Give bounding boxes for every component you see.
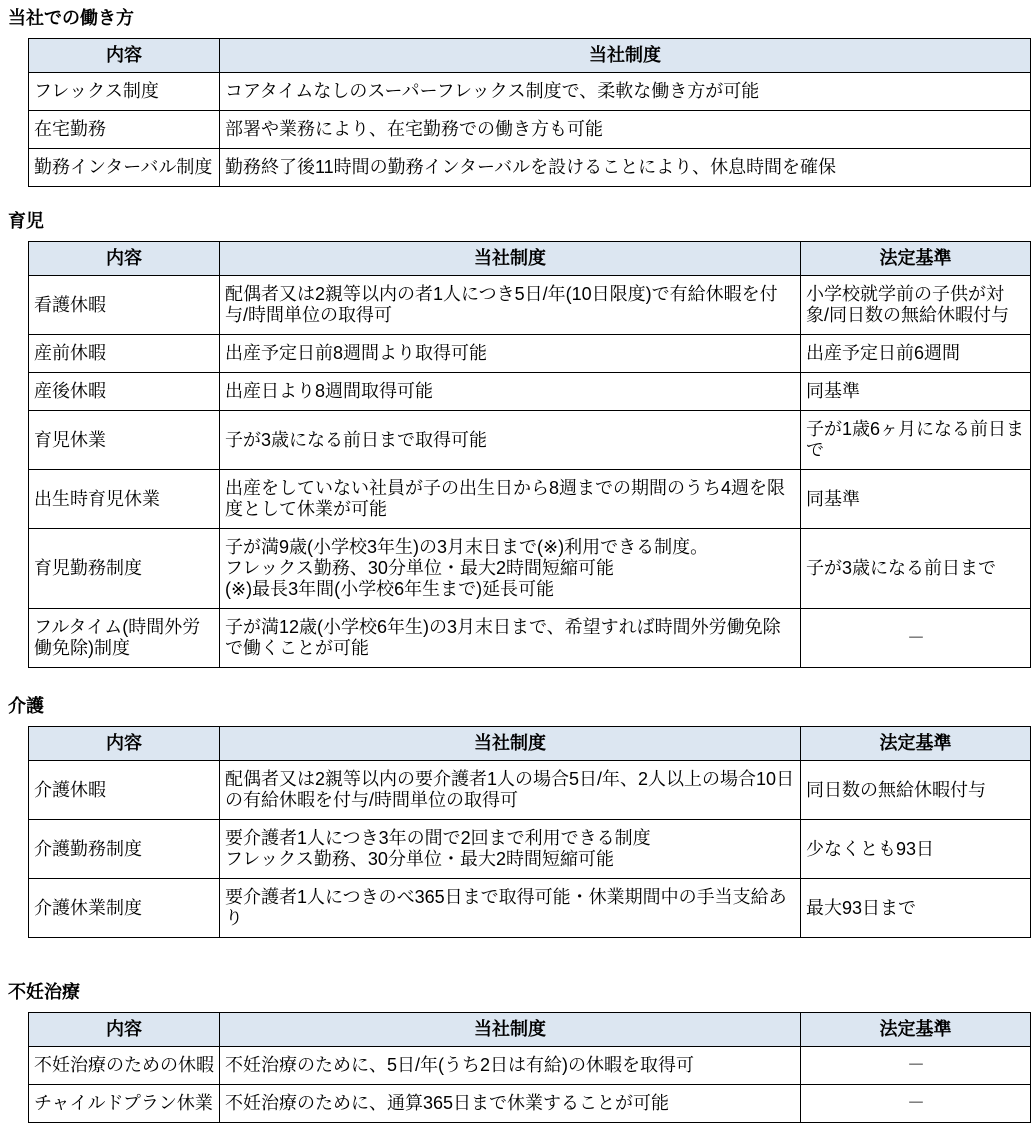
cell-company-policy: 不妊治療のために、5日/年(うち2日は有給)の休暇を取得可 (220, 1047, 801, 1085)
cell-company-policy: コアタイムなしのスーパーフレックス制度で、柔軟な働き方が可能 (220, 73, 1031, 111)
document-page: 当社での働き方 内容 当社制度 フレックス制度 コアタイムなしのスーパーフレック… (0, 0, 1031, 1127)
cell-company-policy: 出産予定日前8週間より取得可能 (220, 335, 801, 373)
col-header-item: 内容 (29, 242, 220, 276)
table-row: 不妊治療のための休暇 不妊治療のために、5日/年(うち2日は有給)の休暇を取得可… (29, 1047, 1031, 1085)
cell-item: 在宅勤務 (29, 111, 220, 149)
table-row: 育児休業 子が3歳になる前日まで取得可能 子が1歳6ヶ月になる前日まで (29, 411, 1031, 470)
cell-legal-standard: 同日数の無給休暇付与 (801, 761, 1031, 820)
table-row: 看護休暇 配偶者又は2親等以内の者1人につき5日/年(10日限度)で有給休暇を付… (29, 276, 1031, 335)
table-nursing-care: 内容 当社制度 法定基準 介護休暇 配偶者又は2親等以内の要介護者1人の場合5日… (28, 726, 1031, 938)
cell-legal-standard: 子が3歳になる前日まで (801, 529, 1031, 609)
cell-legal-standard: 子が1歳6ヶ月になる前日まで (801, 411, 1031, 470)
col-header-legal-standard: 法定基準 (801, 242, 1031, 276)
table-header-row: 内容 当社制度 法定基準 (29, 242, 1031, 276)
table-row: 介護休暇 配偶者又は2親等以内の要介護者1人の場合5日/年、2人以上の場合10日… (29, 761, 1031, 820)
cell-company-policy: 出産をしていない社員が子の出生日から8週までの期間のうち4週を限度として休業が可… (220, 470, 801, 529)
cell-item: 介護休暇 (29, 761, 220, 820)
cell-legal-standard: 出産予定日前6週間 (801, 335, 1031, 373)
cell-item: 看護休暇 (29, 276, 220, 335)
table-row: 産後休暇 出産日より8週間取得可能 同基準 (29, 373, 1031, 411)
cell-company-policy: 不妊治療のために、通算365日まで休業することが可能 (220, 1085, 801, 1123)
col-header-company-policy: 当社制度 (220, 242, 801, 276)
cell-item: 産前休暇 (29, 335, 220, 373)
cell-company-policy: 配偶者又は2親等以内の者1人につき5日/年(10日限度)で有給休暇を付与/時間単… (220, 276, 801, 335)
table-row: チャイルドプラン休業 不妊治療のために、通算365日まで休業することが可能 － (29, 1085, 1031, 1123)
cell-company-policy: 配偶者又は2親等以内の要介護者1人の場合5日/年、2人以上の場合10日の有給休暇… (220, 761, 801, 820)
cell-company-policy: 要介護者1人につき3年の間で2回まで利用できる制度 フレックス勤務、30分単位・… (220, 820, 801, 879)
cell-item: 介護勤務制度 (29, 820, 220, 879)
table-row: フレックス制度 コアタイムなしのスーパーフレックス制度で、柔軟な働き方が可能 (29, 73, 1031, 111)
table-childcare: 内容 当社制度 法定基準 看護休暇 配偶者又は2親等以内の者1人につき5日/年(… (28, 241, 1031, 668)
cell-company-policy: 子が満12歳(小学校6年生)の3月末日まで、希望すれば時間外労働免除で働くことが… (220, 609, 801, 668)
table-row: 育児勤務制度 子が満9歳(小学校3年生)の3月末日まで(※)利用できる制度。 フ… (29, 529, 1031, 609)
cell-item: フレックス制度 (29, 73, 220, 111)
cell-item: チャイルドプラン休業 (29, 1085, 220, 1123)
cell-item: フルタイム(時間外労働免除)制度 (29, 609, 220, 668)
table-header-row: 内容 当社制度 (29, 39, 1031, 73)
cell-item: 出生時育児休業 (29, 470, 220, 529)
cell-legal-standard: － (801, 1085, 1031, 1123)
cell-item: 勤務インターバル制度 (29, 149, 220, 187)
cell-item: 産後休暇 (29, 373, 220, 411)
table-row: 勤務インターバル制度 勤務終了後11時間の勤務インターバルを設けることにより、休… (29, 149, 1031, 187)
section-title-work-style: 当社での働き方 (8, 8, 1031, 29)
cell-company-policy: 要介護者1人につきのべ365日まで取得可能・休業期間中の手当支給あり (220, 879, 801, 938)
table-work-style: 内容 当社制度 フレックス制度 コアタイムなしのスーパーフレックス制度で、柔軟な… (28, 38, 1031, 187)
col-header-item: 内容 (29, 1013, 220, 1047)
table-row: 在宅勤務 部署や業務により、在宅勤務での働き方も可能 (29, 111, 1031, 149)
cell-item: 介護休業制度 (29, 879, 220, 938)
table-fertility-treatment: 内容 当社制度 法定基準 不妊治療のための休暇 不妊治療のために、5日/年(うち… (28, 1012, 1031, 1123)
section-title-childcare: 育児 (8, 211, 1031, 232)
cell-item: 不妊治療のための休暇 (29, 1047, 220, 1085)
col-header-company-policy: 当社制度 (220, 39, 1031, 73)
table-row: 介護勤務制度 要介護者1人につき3年の間で2回まで利用できる制度 フレックス勤務… (29, 820, 1031, 879)
section-title-fertility-treatment: 不妊治療 (8, 982, 1031, 1003)
col-header-legal-standard: 法定基準 (801, 727, 1031, 761)
cell-legal-standard: 少なくとも93日 (801, 820, 1031, 879)
table-header-row: 内容 当社制度 法定基準 (29, 1013, 1031, 1047)
cell-item: 育児休業 (29, 411, 220, 470)
cell-company-policy: 部署や業務により、在宅勤務での働き方も可能 (220, 111, 1031, 149)
table-row: 出生時育児休業 出産をしていない社員が子の出生日から8週までの期間のうち4週を限… (29, 470, 1031, 529)
cell-legal-standard: 同基準 (801, 373, 1031, 411)
cell-company-policy: 子が3歳になる前日まで取得可能 (220, 411, 801, 470)
table-header-row: 内容 当社制度 法定基準 (29, 727, 1031, 761)
cell-legal-standard: 小学校就学前の子供が対象/同日数の無給休暇付与 (801, 276, 1031, 335)
cell-legal-standard: － (801, 1047, 1031, 1085)
col-header-item: 内容 (29, 39, 220, 73)
cell-company-policy: 出産日より8週間取得可能 (220, 373, 801, 411)
cell-legal-standard: 同基準 (801, 470, 1031, 529)
cell-company-policy: 子が満9歳(小学校3年生)の3月末日まで(※)利用できる制度。 フレックス勤務、… (220, 529, 801, 609)
cell-legal-standard: － (801, 609, 1031, 668)
col-header-legal-standard: 法定基準 (801, 1013, 1031, 1047)
cell-item: 育児勤務制度 (29, 529, 220, 609)
table-row: フルタイム(時間外労働免除)制度 子が満12歳(小学校6年生)の3月末日まで、希… (29, 609, 1031, 668)
table-row: 産前休暇 出産予定日前8週間より取得可能 出産予定日前6週間 (29, 335, 1031, 373)
col-header-company-policy: 当社制度 (220, 727, 801, 761)
section-title-nursing-care: 介護 (8, 696, 1031, 717)
cell-legal-standard: 最大93日まで (801, 879, 1031, 938)
col-header-company-policy: 当社制度 (220, 1013, 801, 1047)
table-row: 介護休業制度 要介護者1人につきのべ365日まで取得可能・休業期間中の手当支給あ… (29, 879, 1031, 938)
cell-company-policy: 勤務終了後11時間の勤務インターバルを設けることにより、休息時間を確保 (220, 149, 1031, 187)
col-header-item: 内容 (29, 727, 220, 761)
